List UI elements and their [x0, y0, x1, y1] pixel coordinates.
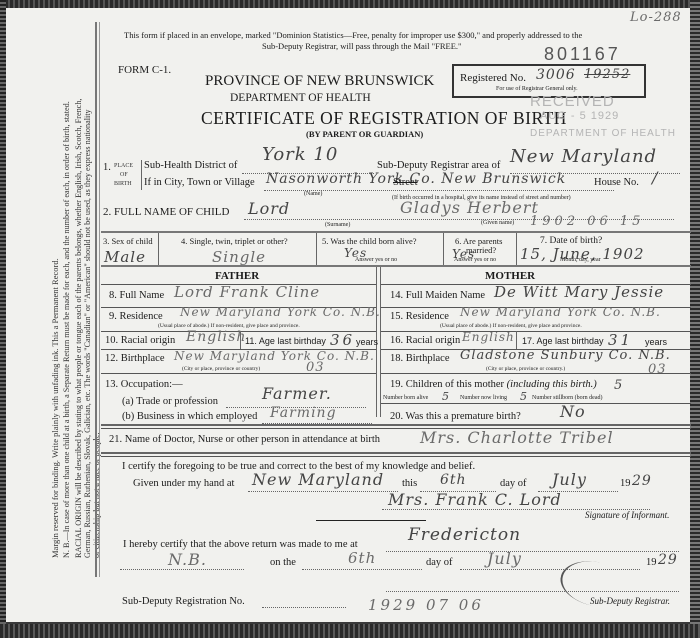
mother-age-label: 17. Age last birthday [522, 336, 604, 346]
mailing-note-1: This form if placed in an envelope, mark… [124, 30, 582, 40]
registrar-signature-line [386, 590, 679, 592]
mother-racial-origin-value: English [462, 330, 515, 344]
now-living-value: 5 [520, 390, 528, 403]
mother-birthplace-rule [381, 373, 691, 374]
received-stamp-line1: RECEIVED [530, 93, 615, 110]
divider-3-4 [158, 233, 159, 265]
rule-below-name [101, 231, 691, 233]
scan-border-right [690, 0, 700, 638]
premature-value: No [560, 402, 586, 421]
sub-deputy-registration-line [262, 606, 346, 608]
business-value: Farming [270, 405, 337, 421]
house-number-value: / [652, 168, 658, 187]
mother-racial-origin-label: 16. Racial origin [390, 335, 460, 346]
trade-value: Farmer. [262, 384, 332, 403]
children-total-value: 5 [614, 378, 623, 393]
sub-deputy-registration-label: Sub-Deputy Registration No. [122, 596, 245, 607]
registrar-day-value: 6th [348, 549, 376, 567]
registered-number-struck: 19252 [584, 67, 630, 82]
sub-deputy-area-value: New Maryland [510, 146, 657, 167]
department-heading: DEPARTMENT OF HEALTH [230, 92, 371, 104]
father-years-label: years [356, 337, 378, 347]
rule-above-parents [101, 265, 691, 267]
stillborn-label: Number stillborn (born dead) [532, 395, 602, 401]
plurality-value: Single [212, 248, 266, 266]
birth-index-date: 1902 06 15 [530, 214, 644, 229]
registrar-year-prefix: 19 [646, 557, 657, 568]
sub-health-district-label: Sub-Health District of [144, 160, 237, 171]
divider-5-6 [443, 233, 444, 265]
given-name-caption: (Given name) [481, 220, 514, 226]
city-town-village-label: If in City, Town or Village [144, 177, 255, 188]
sub-health-district-value: York 10 [262, 144, 338, 165]
occupation-label: 13. Occupation:— [105, 379, 183, 390]
trade-label: (a) Trade or profession [122, 396, 218, 407]
mother-birthplace-value: Gladstone Sunbury Co. N.B. [460, 348, 671, 363]
registrar-province-value: N.B. [168, 550, 207, 569]
divider-6-7 [516, 233, 517, 265]
registration-date-value: 1929 07 06 [368, 596, 484, 614]
of-side-label: OF [120, 172, 128, 178]
rule-below-attendant-2 [101, 456, 691, 457]
street-label: Street [393, 177, 418, 188]
mailing-note-2: Sub-Deputy Registrar, will pass through … [262, 41, 461, 51]
child-given-name-value: Gladys Herbert [400, 198, 539, 217]
mother-name-value: De Witt Mary Jessie [494, 283, 664, 301]
province-heading: PROVINCE OF NEW BRUNSWICK [205, 73, 434, 90]
birth-side-label: BIRTH [114, 181, 132, 187]
margin-rule [95, 22, 97, 577]
rule-below-attendant [101, 452, 691, 454]
registrar-month-value: July [487, 549, 522, 568]
father-heading: FATHER [215, 270, 259, 282]
mother-years-label: years [645, 337, 667, 347]
registrar-day-of-label: day of [426, 557, 453, 568]
father-birthplace-caption: (City or place, province or country) [182, 366, 260, 372]
place-bracket [141, 160, 142, 190]
plurality-label: 4. Single, twin, triplet or other? [181, 236, 288, 246]
informant-signature: Mrs. Frank C. Lord [388, 490, 562, 509]
given-place-value: New Maryland [252, 470, 384, 489]
place-side-label: PLACE [114, 163, 133, 169]
registered-number-label: Registered No. [460, 72, 526, 84]
sub-deputy-registrar-caption: Sub-Deputy Registrar. [590, 596, 670, 606]
divider-4-5 [316, 233, 317, 265]
informant-year-prefix: 19 [620, 478, 631, 489]
father-residence-label: 9. Residence [109, 311, 163, 322]
mother-children-rule [381, 403, 691, 404]
father-name-label: 8. Full Name [109, 290, 164, 301]
father-birthplace-value: New Maryland York Co. N.B. [174, 349, 375, 363]
registrar-day-line [302, 568, 422, 570]
mother-racial-age-divider [516, 331, 517, 349]
margin-note-racial-origin: RACIAL ORIGIN will be described by stati… [74, 99, 83, 558]
premature-label: 20. Was this a premature birth? [390, 411, 521, 422]
mother-birthplace-code: 03 [648, 362, 667, 377]
mother-birthplace-caption: (City or place, province or country.) [486, 366, 565, 372]
mother-birthplace-label: 18. Birthplace [390, 353, 449, 364]
father-racial-origin-value: English [186, 329, 246, 345]
this-label: this [402, 478, 417, 489]
born-alive-caption: Answer yes or no [355, 257, 397, 263]
registered-number-value: 3006 [536, 67, 576, 83]
registrar-certification-text: I hereby certify that the above return w… [123, 539, 358, 550]
full-name-label: 2. FULL NAME OF CHILD [103, 206, 229, 218]
name-caption: (Name) [304, 191, 322, 197]
registrar-place-value: Fredericton [408, 525, 521, 545]
born-alive-count-value: 5 [442, 390, 450, 403]
informant-month-value: July [552, 470, 587, 489]
divider-between-certifications [316, 520, 426, 521]
registered-number-note: For use of Registrar General only. [496, 86, 578, 92]
mother-residence-caption: (Usual place of abode.) If non-resident,… [440, 323, 582, 329]
surname-caption: (Surname) [325, 222, 350, 228]
parents-married-caption: Answer yes or no [454, 257, 496, 263]
business-label: (b) Business in which employed [122, 411, 257, 422]
mother-heading: MOTHER [485, 270, 535, 282]
mother-residence-rule [381, 331, 691, 332]
scan-border-bottom [0, 624, 700, 638]
date-of-birth-caption: Month, day, year [560, 257, 601, 263]
sex-value: Male [104, 248, 146, 266]
mother-residence-label: 15. Residence [390, 311, 449, 322]
margin-note-1: Margin reserved for binding. Write plain… [50, 258, 60, 558]
received-stamp-date: AUG - 5 1929 [540, 110, 619, 122]
father-age-value: 36 [330, 331, 355, 349]
certificate-subtitle: (BY PARENT OR GUARDIAN) [306, 129, 423, 139]
received-stamp-department: DEPARTMENT OF HEALTH [530, 128, 676, 139]
father-residence-value: New Maryland York Co. N.B. [180, 305, 381, 319]
children-of-mother-italic: (including this birth.) [507, 379, 597, 390]
mother-age-value: 31 [608, 331, 633, 349]
informant-year-value: 29 [632, 473, 652, 489]
form-number: FORM C-1. [118, 64, 171, 76]
father-birthplace-label: 12. Birthplace [105, 353, 164, 364]
margin-rule-inner [99, 22, 100, 577]
mother-name-label: 14. Full Maiden Name [390, 290, 485, 301]
sub-deputy-area-label: Sub-Deputy Registrar area of [377, 160, 500, 171]
parents-divider-2 [380, 267, 381, 417]
born-alive-label: 5. Was the child born alive? [322, 236, 417, 246]
father-racial-age-divider [240, 331, 241, 349]
rule-above-attendant [101, 424, 691, 426]
father-birthplace-rule [101, 373, 376, 374]
registrar-year-value: 29 [658, 552, 678, 568]
informant-day-of-label: day of [500, 478, 527, 489]
children-of-mother-label: 19. Children of this mother (including t… [390, 379, 597, 390]
informant-signature-caption: Signature of Informant. [585, 510, 669, 520]
place-of-birth-number: 1. [103, 162, 111, 173]
file-reference: Lo-288 [630, 10, 682, 25]
attendant-label: 21. Name of Doctor, Nurse or other perso… [109, 434, 380, 445]
father-age-label: 11. Age last birthday [245, 336, 326, 346]
child-surname-value: Lord [248, 199, 290, 218]
informant-day-value: 6th [440, 472, 467, 488]
given-under-hand-label: Given under my hand at [133, 478, 234, 489]
certificate-title: CERTIFICATE OF REGISTRATION OF BIRTH [201, 108, 567, 129]
born-alive-count-label: Number born alive [383, 395, 428, 401]
registrar-place-line [386, 550, 679, 552]
father-name-value: Lord Frank Cline [174, 283, 320, 301]
now-living-label: Number now living [460, 395, 507, 401]
mother-residence-value: New Maryland York Co. N.B. [460, 305, 661, 319]
father-racial-origin-label: 10. Racial origin [105, 335, 175, 346]
attendant-value: Mrs. Charlotte Tribel [420, 428, 614, 447]
margin-note-2: N. B.—In case of more than one child at … [62, 101, 71, 558]
house-number-label: House No. [594, 177, 639, 188]
children-of-mother-text: 19. Children of this mother [390, 379, 504, 390]
serial-number: 801167 [544, 44, 621, 65]
binding-margin: Margin reserved for binding. Write plain… [6, 8, 94, 622]
sex-label: 3. Sex of child [103, 236, 153, 246]
given-place-line [248, 490, 398, 492]
margin-note-4: German, Russian, Ruthenian, Slovak, Gali… [83, 109, 92, 558]
on-the-label: on the [270, 557, 296, 568]
